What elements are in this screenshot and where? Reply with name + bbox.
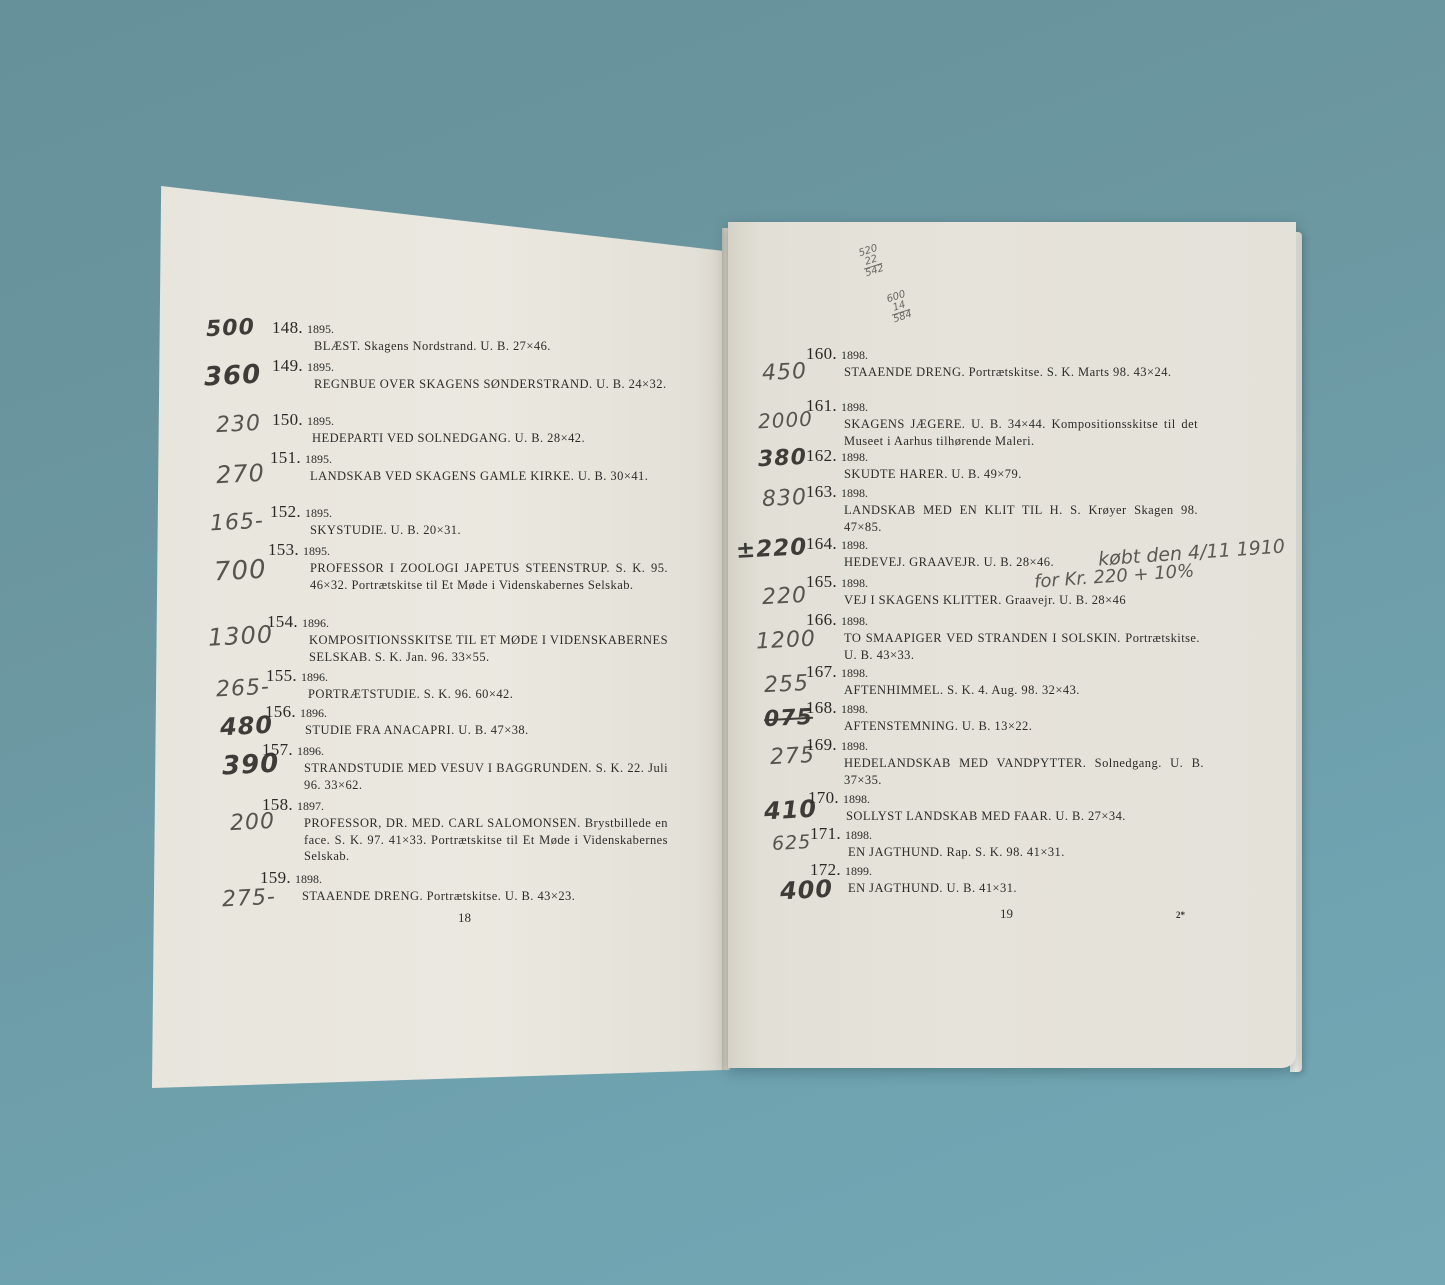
entry-year: 1895.: [307, 360, 334, 375]
catalog-entry-149: 149.1895. REGNBUE OVER SKAGENS SØNDERSTR…: [272, 356, 667, 393]
catalog-entry-172: 172.1899. EN JAGTHUND. U. B. 41×31.: [810, 860, 1198, 897]
catalog-entry-155: 155.1896. PORTRÆTSTUDIE. S. K. 96. 60×42…: [266, 666, 668, 703]
catalog-entry-166: 166.1898. TO SMAAPIGER VED STRANDEN I SO…: [806, 610, 1200, 663]
entry-description: LANDSKAB VED SKAGENS GAMLE KIRKE. U. B. …: [270, 468, 667, 485]
entry-description: STAAENDE DRENG. Portrætskitse. U. B. 43×…: [260, 888, 668, 905]
entry-description: AFTENSTEMNING. U. B. 13×22.: [806, 718, 1200, 735]
entry-description: TO SMAAPIGER VED STRANDEN I SOLSKIN. Por…: [806, 630, 1200, 663]
entry-year: 1898.: [841, 486, 868, 501]
catalog-entry-148: 148.1895. BLÆST. Skagens Nordstrand. U. …: [272, 318, 667, 355]
catalog-entry-158: 158.1897. PROFESSOR, DR. MED. CARL SALOM…: [262, 795, 668, 865]
entry-number: 169.: [806, 735, 837, 755]
entry-description: SOLLYST LANDSKAB MED FAAR. U. B. 27×34.: [808, 808, 1198, 825]
entry-year: 1898.: [841, 666, 868, 681]
entry-description: LANDSKAB MED EN KLIT TIL H. S. Krøyer Sk…: [806, 502, 1198, 535]
catalog-entry-150: 150.1895. HEDEPARTI VED SOLNEDGANG. U. B…: [272, 410, 667, 447]
entry-description: STRANDSTUDIE MED VESUV I BAGGRUNDEN. S. …: [262, 760, 668, 793]
entry-number: 159.: [260, 868, 291, 888]
catalog-entry-151: 151.1895. LANDSKAB VED SKAGENS GAMLE KIR…: [270, 448, 667, 485]
price-note: ±220: [735, 534, 808, 564]
entry-year: 1896.: [297, 744, 324, 759]
price-note: 220: [761, 583, 807, 610]
entry-number: 172.: [810, 860, 841, 880]
entry-year: 1898.: [841, 348, 868, 363]
price-note: 500: [205, 315, 255, 343]
entry-year: 1898.: [845, 828, 872, 843]
entry-number: 162.: [806, 446, 837, 466]
entry-number: 171.: [810, 824, 841, 844]
catalog-entry-161: 161.1898. SKAGENS JÆGERE. U. B. 34×44. K…: [806, 396, 1198, 449]
entry-year: 1895.: [305, 452, 332, 467]
entry-description: EN JAGTHUND. U. B. 41×31.: [810, 880, 1198, 897]
entry-year: 1898.: [841, 538, 868, 553]
catalog-entry-170: 170.1898. SOLLYST LANDSKAB MED FAAR. U. …: [808, 788, 1198, 825]
catalog-entry-163: 163.1898. LANDSKAB MED EN KLIT TIL H. S.…: [806, 482, 1198, 535]
printer-signature-mark: 2*: [1176, 910, 1185, 920]
page-number: 19: [1000, 906, 1013, 922]
entry-number: 151.: [270, 448, 301, 468]
entry-number: 166.: [806, 610, 837, 630]
entry-number: 153.: [268, 540, 299, 560]
entry-description: PROFESSOR I ZOOLOGI JAPETUS STEENSTRUP. …: [268, 560, 668, 593]
entry-year: 1895.: [307, 322, 334, 337]
entry-description: STUDIE FRA ANACAPRI. U. B. 47×38.: [265, 722, 668, 739]
entry-number: 165.: [806, 572, 837, 592]
price-note: 625: [771, 831, 811, 855]
entry-year: 1898.: [841, 400, 868, 415]
entry-number: 152.: [270, 502, 301, 522]
price-note: 255: [763, 671, 809, 698]
entry-year: 1899.: [845, 864, 872, 879]
catalog-entry-156: 156.1896. STUDIE FRA ANACAPRI. U. B. 47×…: [265, 702, 668, 739]
entry-description: PORTRÆTSTUDIE. S. K. 96. 60×42.: [266, 686, 668, 703]
entry-number: 148.: [272, 318, 303, 338]
catalog-entry-171: 171.1898. EN JAGTHUND. Rap. S. K. 98. 41…: [810, 824, 1198, 861]
entry-description: EN JAGTHUND. Rap. S. K. 98. 41×31.: [810, 844, 1198, 861]
price-note: 450: [761, 359, 807, 386]
entry-number: 163.: [806, 482, 837, 502]
price-note: 230: [215, 411, 261, 438]
price-note: 265-: [215, 675, 270, 703]
catalog-entry-159: 159.1898. STAAENDE DRENG. Portrætskitse.…: [260, 868, 668, 905]
entry-year: 1898.: [841, 576, 868, 591]
entry-year: 1898.: [295, 872, 322, 887]
catalog-entry-167: 167.1898. AFTENHIMMEL. S. K. 4. Aug. 98.…: [806, 662, 1200, 699]
entry-number: 154.: [267, 612, 298, 632]
catalog-entry-153: 153.1895. PROFESSOR I ZOOLOGI JAPETUS ST…: [268, 540, 668, 593]
entry-year: 1895.: [305, 506, 332, 521]
catalog-entry-169: 169.1898. HEDELANDSKAB MED VANDPYTTER. S…: [806, 735, 1204, 788]
entry-description: VEJ I SKAGENS KLITTER. Graavejr. U. B. 2…: [806, 592, 1202, 609]
entry-description: PROFESSOR, DR. MED. CARL SALOMONSEN. Bry…: [262, 815, 668, 865]
price-note: 1300: [207, 620, 273, 651]
entry-number: 170.: [808, 788, 839, 808]
entry-year: 1896.: [300, 706, 327, 721]
entry-year: 1898.: [841, 614, 868, 629]
price-note: 830: [761, 485, 807, 512]
entry-number: 150.: [272, 410, 303, 430]
entry-year: 1898.: [841, 702, 868, 717]
entry-year: 1898.: [841, 450, 868, 465]
entry-number: 156.: [265, 702, 296, 722]
catalog-entry-168: 168.1898. AFTENSTEMNING. U. B. 13×22.: [806, 698, 1200, 735]
page-number: 18: [458, 910, 471, 926]
entry-year: 1898.: [843, 792, 870, 807]
entry-description: HEDEPARTI VED SOLNEDGANG. U. B. 28×42.: [272, 430, 667, 447]
price-note: 380: [757, 445, 807, 473]
price-note: 165-: [209, 509, 264, 537]
catalog-entry-152: 152.1895. SKYSTUDIE. U. B. 20×31.: [270, 502, 667, 539]
catalog-entry-154: 154.1896. KOMPOSITIONSSKITSE TIL ET MØDE…: [267, 612, 668, 665]
price-note: 270: [215, 459, 265, 490]
entry-number: 155.: [266, 666, 297, 686]
catalog-entry-165: 165.1898. VEJ I SKAGENS KLITTER. Graavej…: [806, 572, 1202, 609]
entry-number: 168.: [806, 698, 837, 718]
price-note: 700: [213, 555, 267, 588]
entry-year: 1896.: [301, 670, 328, 685]
entry-description: BLÆST. Skagens Nordstrand. U. B. 27×46.: [272, 338, 667, 355]
entry-number: 160.: [806, 344, 837, 364]
entry-year: 1897.: [297, 799, 324, 814]
entry-number: 157.: [262, 740, 293, 760]
entry-description: HEDELANDSKAB MED VANDPYTTER. Solnedgang.…: [806, 755, 1204, 788]
entry-number: 158.: [262, 795, 293, 815]
entry-number: 149.: [272, 356, 303, 376]
entry-description: SKYSTUDIE. U. B. 20×31.: [270, 522, 667, 539]
price-note: 360: [203, 360, 262, 393]
entry-description: REGNBUE OVER SKAGENS SØNDERSTRAND. U. B.…: [272, 376, 667, 393]
entry-number: 167.: [806, 662, 837, 682]
entry-year: 1898.: [841, 739, 868, 754]
catalog-entry-162: 162.1898. SKUDTE HARER. U. B. 49×79.: [806, 446, 1198, 483]
entry-description: AFTENHIMMEL. S. K. 4. Aug. 98. 32×43.: [806, 682, 1200, 699]
entry-description: SKAGENS JÆGERE. U. B. 34×44. Komposition…: [806, 416, 1198, 449]
entry-year: 1895.: [303, 544, 330, 559]
catalog-entry-157: 157.1896. STRANDSTUDIE MED VESUV I BAGGR…: [262, 740, 668, 793]
catalog-entry-160: 160.1898. STAAENDE DRENG. Portrætskitse.…: [806, 344, 1198, 381]
entry-description: STAAENDE DRENG. Portrætskitse. S. K. Mar…: [806, 364, 1198, 381]
entry-description: KOMPOSITIONSSKITSE TIL ET MØDE I VIDENSK…: [267, 632, 668, 665]
entry-number: 164.: [806, 534, 837, 554]
entry-year: 1895.: [307, 414, 334, 429]
entry-description: SKUDTE HARER. U. B. 49×79.: [806, 466, 1198, 483]
entry-year: 1896.: [302, 616, 329, 631]
entry-number: 161.: [806, 396, 837, 416]
